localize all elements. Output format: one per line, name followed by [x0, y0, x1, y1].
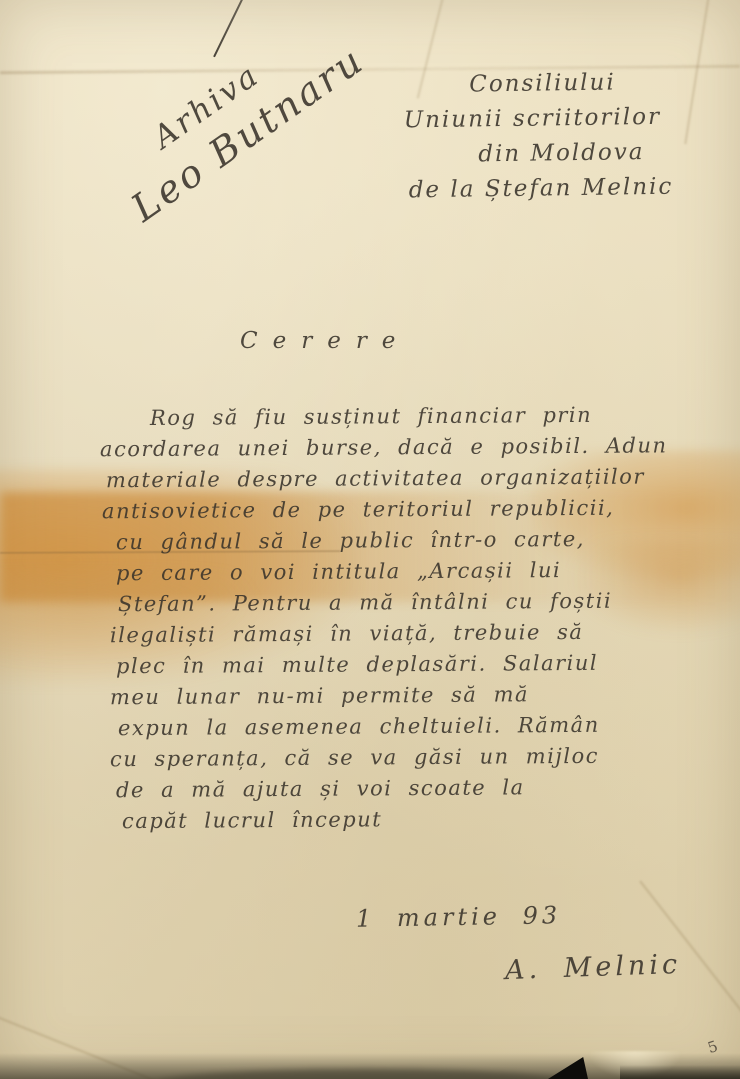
addressee-line: de la Ștefan Melnic [399, 168, 740, 208]
body-line: materiale despre activitatea organizații… [100, 461, 740, 497]
letter-body: Rog să fiu susținut financiar prin acord… [100, 401, 740, 835]
body-line: cu gândul să le public într-o carte, [100, 523, 740, 559]
bottom-right-corner-shadow [620, 1065, 740, 1079]
body-line: plec în mai multe deplasări. Salariul [100, 647, 740, 683]
body-line: capăt lucrul început [100, 802, 740, 838]
body-line: Ștefan”. Pentru a mă întâlni cu foștii [100, 585, 740, 621]
body-line: ilegaliști rămași în viață, trebuie să [100, 616, 740, 652]
body-line: Rog să fiu susținut financiar prin [100, 399, 740, 435]
body-line: de a mă ajuta și voi scoate la [100, 771, 740, 807]
addressee-line: Uniunii scriitorilor [398, 98, 740, 138]
body-line: cu speranța, că se va găsi un mijloc [100, 740, 740, 776]
addressee-block: Consiliului Uniunii scriitorilor din Mol… [397, 63, 740, 208]
addressee-line: din Moldova [398, 133, 740, 173]
body-line: meu lunar nu-mi permite să mă [100, 678, 740, 714]
body-line: pe care o voi intitula „Arcașii lui [100, 554, 740, 590]
signature: A. Melnic [505, 949, 682, 986]
scanned-letter-page: Arhiva Leo Butnaru Consiliului Uniunii s… [0, 0, 740, 1079]
letter-title: Cerere [240, 328, 410, 354]
archive-annotation: Arhiva Leo Butnaru [98, 1, 374, 233]
letter-date: 1 martie 93 [356, 901, 562, 933]
body-line: expun la asemenea cheltuieli. Rămân [100, 709, 740, 745]
addressee-line: Consiliului [397, 63, 740, 103]
body-line: acordarea unei burse, dacă e posibil. Ad… [100, 430, 740, 466]
body-line: antisovietice de pe teritoriul republici… [100, 492, 740, 528]
